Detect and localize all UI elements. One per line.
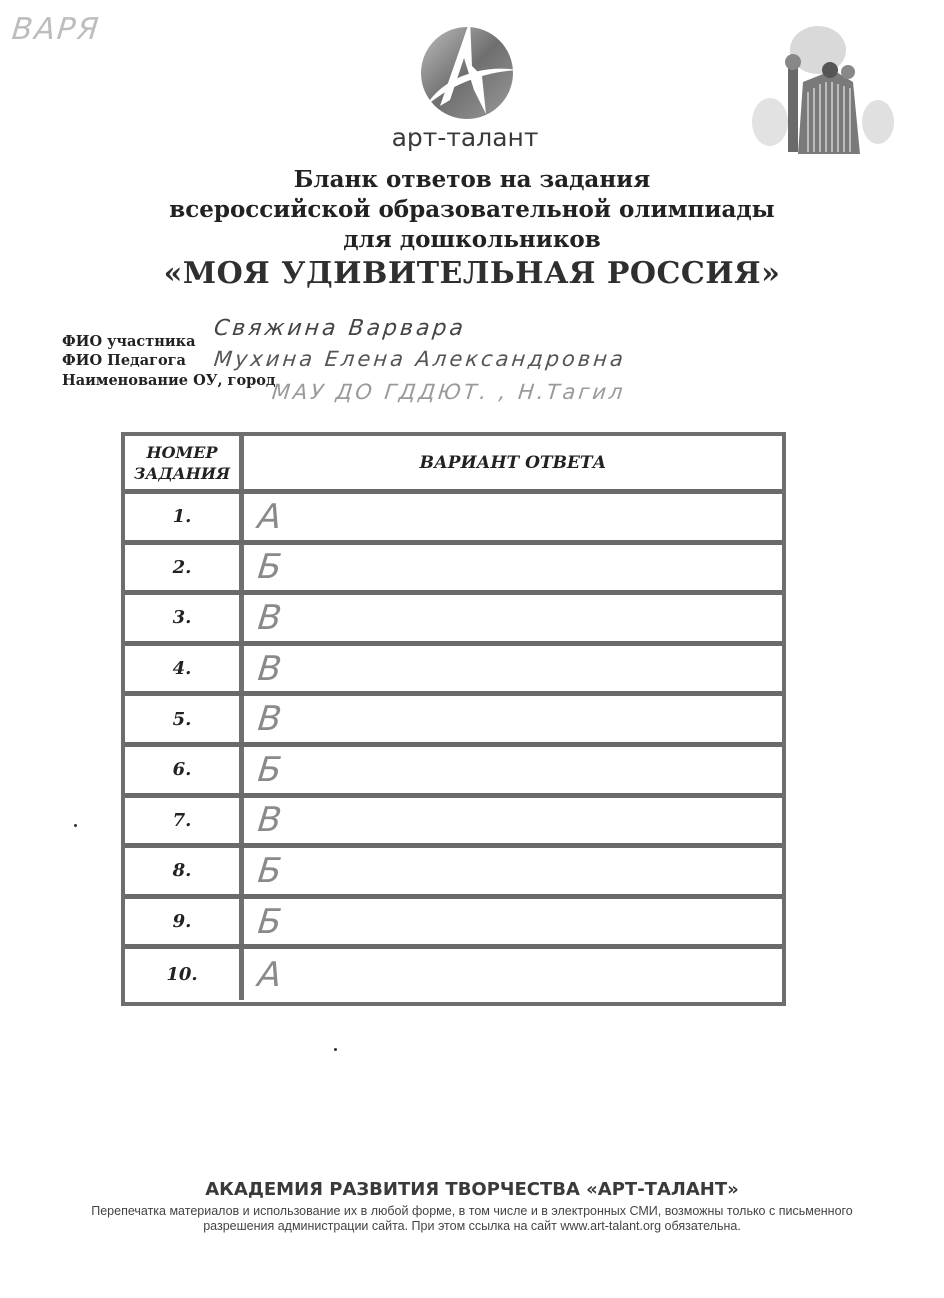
task-number: 5. — [125, 696, 244, 742]
answer-cell[interactable]: В — [244, 595, 782, 641]
answer-cell[interactable]: А — [244, 949, 782, 1000]
art-talant-logo-icon — [412, 18, 522, 128]
answer-value: А — [256, 955, 286, 995]
task-number: 9. — [125, 899, 244, 945]
answer-value: В — [256, 699, 287, 739]
answer-value: В — [256, 598, 287, 638]
answer-value: Б — [256, 851, 287, 891]
teacher-name-field[interactable]: Мухина Елена Александровна — [213, 347, 628, 371]
header-line-1: Бланк ответов на задания — [0, 166, 944, 193]
answer-value: В — [256, 649, 287, 689]
answer-value: В — [256, 800, 287, 840]
answer-cell[interactable]: В — [244, 646, 782, 692]
handwritten-corner-note: ВАРЯ — [10, 12, 102, 47]
olympiad-name: «МОЯ УДИВИТЕЛЬНАЯ РОССИЯ» — [0, 256, 944, 291]
table-row: 3.В — [125, 595, 782, 646]
task-number: 8. — [125, 848, 244, 894]
answer-cell[interactable]: Б — [244, 545, 782, 591]
answer-cell[interactable]: В — [244, 696, 782, 742]
participant-label: ФИО участника — [62, 333, 195, 350]
institution-label: Наименование ОУ, город — [62, 372, 276, 389]
table-row: 8.Б — [125, 848, 782, 899]
teacher-label: ФИО Педагога — [62, 352, 186, 369]
footer-title: АКАДЕМИЯ РАЗВИТИЯ ТВОРЧЕСТВА «АРТ-ТАЛАНТ… — [0, 1179, 944, 1200]
footer-copyright-note: Перепечатка материалов и использование и… — [60, 1204, 884, 1234]
answer-value: Б — [256, 902, 287, 942]
table-row: 6.Б — [125, 747, 782, 798]
header-number-line-1: НОМЕР — [146, 443, 217, 462]
task-number: 3. — [125, 595, 244, 641]
table-row: 10.А — [125, 949, 782, 1000]
header-line-2: всероссийской образовательной олимпиады — [0, 196, 944, 223]
participant-name-field[interactable]: Свяжина Варвара — [213, 316, 468, 341]
task-number: 1. — [125, 494, 244, 540]
task-number: 6. — [125, 747, 244, 793]
answer-table: НОМЕРЗАДАНИЯ ВАРИАНТ ОТВЕТА 1.А2.Б3.В4.В… — [121, 432, 786, 1006]
answer-value: А — [256, 497, 286, 537]
task-number: 7. — [125, 798, 244, 844]
header-number-line-2: ЗАДАНИЯ — [134, 464, 230, 483]
answer-cell[interactable]: Б — [244, 848, 782, 894]
task-number: 2. — [125, 545, 244, 591]
table-row: 1.А — [125, 494, 782, 545]
task-number: 4. — [125, 646, 244, 692]
header-line-3: для дошкольников — [0, 226, 944, 253]
table-header-row: НОМЕРЗАДАНИЯ ВАРИАНТ ОТВЕТА — [125, 436, 782, 494]
scan-speck — [334, 1048, 337, 1051]
table-row: 2.Б — [125, 545, 782, 596]
answer-cell[interactable]: Б — [244, 899, 782, 945]
answer-cell[interactable]: Б — [244, 747, 782, 793]
answer-cell[interactable]: А — [244, 494, 782, 540]
table-row: 5.В — [125, 696, 782, 747]
table-row: 7.В — [125, 798, 782, 849]
task-number: 10. — [125, 949, 244, 1000]
table-row: 9.Б — [125, 899, 782, 950]
institution-field[interactable]: МАУ ДО ГДДЮТ. , Н.Тагил — [271, 380, 627, 404]
answer-cell[interactable]: В — [244, 798, 782, 844]
logo-caption: арт-талант — [360, 123, 570, 152]
answer-value: Б — [256, 750, 287, 790]
russian-folk-figures-illustration — [748, 22, 898, 162]
scan-speck — [74, 824, 77, 827]
table-row: 4.В — [125, 646, 782, 697]
answer-value: Б — [256, 547, 287, 587]
column-header-answer: ВАРИАНТ ОТВЕТА — [244, 436, 782, 489]
column-header-task-number: НОМЕРЗАДАНИЯ — [125, 436, 244, 489]
